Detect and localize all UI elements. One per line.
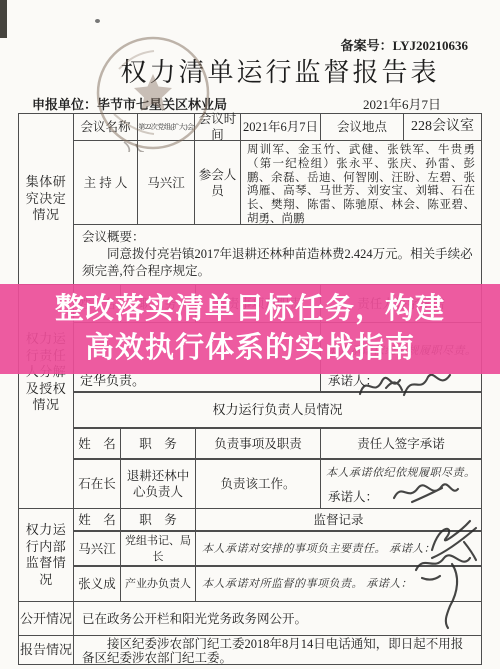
- meeting-summary-cell: 会议概要： 同意拨付亮岩镇2017年退耕还林种苗造林费2.424万元。相关手续必…: [73, 224, 482, 285]
- supervisor-2-title: 产业办负责人: [120, 565, 196, 602]
- promo-banner-line2: 高效执行体系的实战指南: [85, 329, 415, 368]
- host-label: 主 持 人: [73, 140, 138, 225]
- meeting-place-value: 228会议室: [403, 113, 482, 141]
- section-label-disclosure: 公开情况: [18, 601, 74, 636]
- responsible-title: 退耕还林中心负责人: [120, 458, 196, 509]
- responsible-duty: 负责该工作。: [195, 458, 321, 509]
- official-seal-stamp: [94, 34, 212, 152]
- supervisor-1-title: 党组书记、局长: [120, 530, 196, 567]
- supervisor-2-name: 张义成: [73, 565, 121, 602]
- authorization-partial-text: 定华负责。: [80, 373, 145, 389]
- report-content: 接区纪委涉农部门纪工委2018年8月14日电话通知，即日起不用报备区纪委涉农部门…: [73, 635, 482, 665]
- declare-unit-label: 申报单位：: [32, 97, 97, 112]
- attendees-label: 参会人员: [194, 140, 241, 225]
- promiser-label-2: 承诺人：: [328, 489, 378, 505]
- attendees-value: 周训军、金玉竹、武健、张铁军、牛贵勇（第一纪检组）张永平、张庆、孙雷、彭鹏、余磊…: [240, 140, 482, 225]
- meeting-summary-text: 同意拨付亮岩镇2017年退耕还林种苗造林费2.424万元。相关手续必须完善,符合…: [82, 246, 473, 280]
- col-sign-header: 责任人签字承诺: [320, 427, 482, 460]
- meeting-summary-label: 会议概要：: [82, 230, 145, 244]
- meeting-place-label: 会议地点: [320, 113, 404, 141]
- promo-banner-line1: 整改落实清单目标任务，构建: [55, 290, 445, 329]
- report-date: 2021年6月7日: [363, 94, 441, 113]
- scan-dot-artifact: [95, 19, 100, 23]
- supervisor-1-name: 马兴江: [73, 530, 121, 567]
- signature-shizaichang: [388, 478, 466, 508]
- host-value: 马兴江: [137, 140, 195, 225]
- section-label-collective-decision: 集体研究决定情况: [18, 113, 74, 285]
- col-duty-header: 负责事项及职责: [195, 427, 321, 460]
- scan-edge-artifact: [0, 0, 7, 38]
- record-number-label: 备案号：: [341, 38, 393, 53]
- responsible-name: 石在长: [73, 458, 121, 509]
- promo-banner: 整改落实清单目标任务，构建 高效执行体系的实战指南: [0, 284, 500, 374]
- supervision-col-title: 职 务: [120, 508, 196, 532]
- col-name-header: 姓 名: [73, 427, 121, 460]
- col-title-header: 职 务: [120, 427, 196, 460]
- section-label-internal-supervision: 权力运行内部监督情况: [18, 508, 74, 602]
- section-label-report: 报告情况: [18, 635, 74, 665]
- supervision-col-name: 姓 名: [73, 508, 121, 532]
- meeting-time-value: 2021年6月7日: [240, 113, 321, 141]
- record-number-value: LYJ20210636: [393, 38, 468, 53]
- signature-zhangyicheng: [408, 548, 476, 633]
